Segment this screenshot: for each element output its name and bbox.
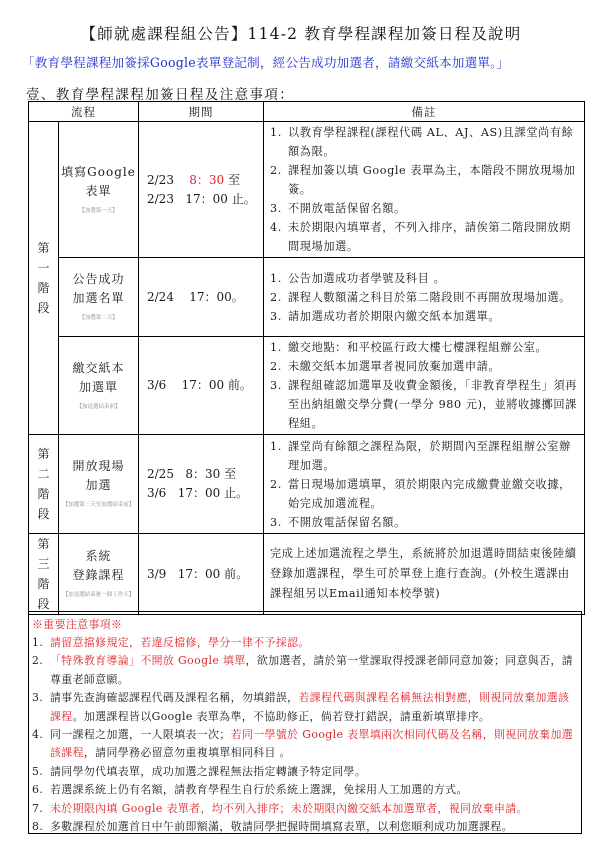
flow-sub-label: 【加選第二天】: [59, 312, 138, 324]
flow-cell: 公告成功 加選名單 【加選第二天】: [59, 258, 139, 337]
important-item: 4.同一課程之加選，一人限填表一次；若同一學號於 Google 表單填兩次相同代…: [32, 726, 577, 763]
list-item: 2.未繳交紙本加選單者視同放棄加選申請。: [270, 357, 580, 376]
start-time-highlight: 8：30: [189, 173, 224, 187]
document-title: 【師就處課程組公告】114-2 教育學程課程加簽日程及說明: [0, 22, 602, 44]
flow-cell: 繳交紙本 加選單 【加退選結束前】: [59, 337, 139, 435]
flow-sub-label: 【加選第一天】: [59, 205, 138, 217]
list-item: 3.課程組確認加選單及收費金額後，「非教育學程生」須再至出納組繳交學分費(一學分…: [270, 376, 580, 433]
header-flow: 流程: [29, 102, 139, 122]
important-list: 1.請留意擋修規定，若違反檔修，學分一律不予採認。2.「特殊教育導論」不開放 G…: [32, 634, 577, 836]
table-row: 第 一 階 段 填寫Google 表單 【加選第一天】 2/23 8：30 至2…: [29, 122, 585, 258]
flow-cell: 填寫Google 表單 【加選第一天】: [59, 122, 139, 258]
period-cell: 2/25 8：30 至3/6 17：00 止。: [139, 435, 264, 534]
table-row: 第 三 階 段 系統 登錄課程 【加退選結束後一個工作天】 3/9 17：00 …: [29, 534, 585, 615]
stage-label-2: 第 二 階 段: [29, 435, 59, 534]
stage3-paragraph: 完成上述加選流程之學生，系統將於加退選時間結束後陸續登錄加選課程，學生可於單登上…: [270, 544, 580, 604]
header-notes: 備註: [264, 102, 585, 122]
notes-cell: 1.課堂尚有餘額之課程為限，於期間內至課程組辦公室辦理加選。 2.當日現場加選填…: [264, 435, 585, 534]
list-item: 3.不開放電話保留名額。: [270, 199, 580, 218]
period-cell: 2/23 8：30 至2/23 17：00 止。: [139, 122, 264, 258]
table-row: 第 二 階 段 開放現場 加選 【加選第三天至加選結束前】 2/25 8：30 …: [29, 435, 585, 534]
notes-cell: 1.繳交地點：和平校區行政大樓七樓課程組辦公室。 2.未繳交紙本加選單者視同放棄…: [264, 337, 585, 435]
flow-sub-label: 【加退選結束前】: [59, 401, 138, 413]
section-heading: 壹、教育學程課程加簽日程及注意事項：: [26, 83, 294, 103]
flow-cell: 系統 登錄課程 【加退選結束後一個工作天】: [59, 534, 139, 615]
document-subtitle: 「教育學程課程加簽採Google表單登記制，經公告成功加選者，請繳交紙本加選單。…: [22, 52, 602, 71]
notes-cell: 完成上述加選流程之學生，系統將於加退選時間結束後陸續登錄加選課程，學生可於單登上…: [264, 534, 585, 615]
important-item: 2.「特殊教育導論」不開放 Google 填單，欲加選者，請於第一堂課取得授課老…: [32, 652, 577, 689]
schedule-table: 流程 期間 備註 第 一 階 段 填寫Google 表單 【加選第一天】 2/2…: [28, 101, 585, 615]
list-item: 4.未於期限內填單者，不列入排序，請俟第二階段開放期間現場加選。: [270, 218, 580, 256]
period-cell: 2/24 17：00。: [139, 258, 264, 337]
table-row: 公告成功 加選名單 【加選第二天】 2/24 17：00。 1.公告加選成功者學…: [29, 258, 585, 337]
flow-sub-label: 【加退選結束後一個工作天】: [59, 589, 138, 601]
list-item: 3.不開放電話保留名額。: [270, 513, 580, 532]
period-cell: 3/9 17：00 前。: [139, 534, 264, 615]
stage-label-1: 第 一 階 段: [29, 122, 59, 435]
important-item: 3.請事先查詢確認課程代碼及課程名稱，勿填錯誤，若課程代碼與課程名稱無法相對應，…: [32, 689, 577, 726]
notes-cell: 1.公告加選成功者學號及科目 。 2.課程人數額滿之科目於第二階段則不再開放現場…: [264, 258, 585, 337]
list-item: 1.公告加選成功者學號及科目 。: [270, 269, 580, 288]
list-item: 1.以教育學程課程(課程代碼 AL、AJ、AS)且課堂尚有餘額為限。: [270, 123, 580, 161]
notes-cell: 1.以教育學程課程(課程代碼 AL、AJ、AS)且課堂尚有餘額為限。 2.課程加…: [264, 122, 585, 258]
flow-sub-label: 【加選第三天至加選結束前】: [59, 499, 138, 511]
list-item: 2.課程加簽以填 Google 表單為主，本階段不開放現場加簽。: [270, 161, 580, 199]
stage-label-3: 第 三 階 段: [29, 534, 59, 615]
important-item: 5.請同學勿代填表單，成功加選之課程無法指定轉讓予特定同學。: [32, 763, 577, 781]
important-notes-box: ※重要注意事項※ 1.請留意擋修規定，若違反檔修，學分一律不予採認。2.「特殊教…: [28, 611, 582, 834]
header-period: 期間: [139, 102, 264, 122]
list-item: 2.當日現場加選填單，須於期限內完成繳費並繳交收據，始完成加選流程。: [270, 475, 580, 513]
table-header-row: 流程 期間 備註: [29, 102, 585, 122]
important-item: 7.未於期限內填 Google 表單者，均不列入排序；未於期限內繳交紙本加選單者…: [32, 800, 577, 818]
list-item: 1.課堂尚有餘額之課程為限，於期間內至課程組辦公室辦理加選。: [270, 437, 580, 475]
list-item: 2.課程人數額滿之科目於第二階段則不再開放現場加選。: [270, 288, 580, 307]
list-item: 1.繳交地點：和平校區行政大樓七樓課程組辦公室。: [270, 338, 580, 357]
period-cell: 3/6 17：00 前。: [139, 337, 264, 435]
important-heading: ※重要注意事項※: [32, 616, 577, 634]
important-item: 1.請留意擋修規定，若違反檔修，學分一律不予採認。: [32, 634, 577, 652]
flow-cell: 開放現場 加選 【加選第三天至加選結束前】: [59, 435, 139, 534]
important-item: 8.多數課程於加選首日中午前即額滿，敬請同學把握時間填寫表單，以利您順利成功加選…: [32, 818, 577, 836]
important-item: 6.若選課系統上仍有名額，請教育學程生自行於系統上選課，免採用人工加選的方式。: [32, 781, 577, 799]
list-item: 3.請加選成功者於期限內繳交紙本加選單。: [270, 307, 580, 326]
table-row: 繳交紙本 加選單 【加退選結束前】 3/6 17：00 前。 1.繳交地點：和平…: [29, 337, 585, 435]
